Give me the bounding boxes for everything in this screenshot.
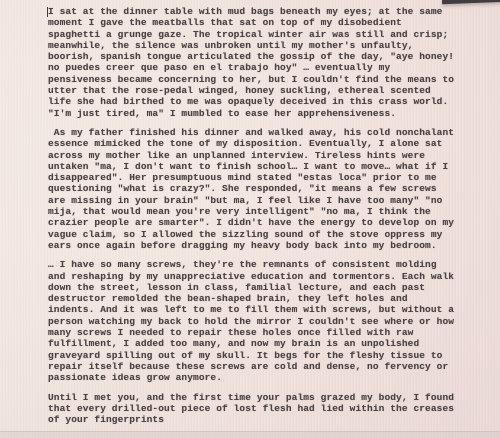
paragraph-2[interactable]: As my father finished his dinner and wal…: [48, 127, 492, 251]
text-cursor: [47, 7, 48, 17]
document-text[interactable]: I sat at the dinner table with mud bags …: [48, 6, 492, 433]
screen-edge: [442, 0, 500, 4]
paragraph-4[interactable]: Until I met you, and the first time your…: [48, 392, 492, 426]
paragraph-3[interactable]: … I have so many screws, they're the rem…: [48, 259, 492, 383]
document-page: I sat at the dinner table with mud bags …: [0, 0, 500, 438]
paragraph-1[interactable]: I sat at the dinner table with mud bags …: [48, 6, 492, 119]
